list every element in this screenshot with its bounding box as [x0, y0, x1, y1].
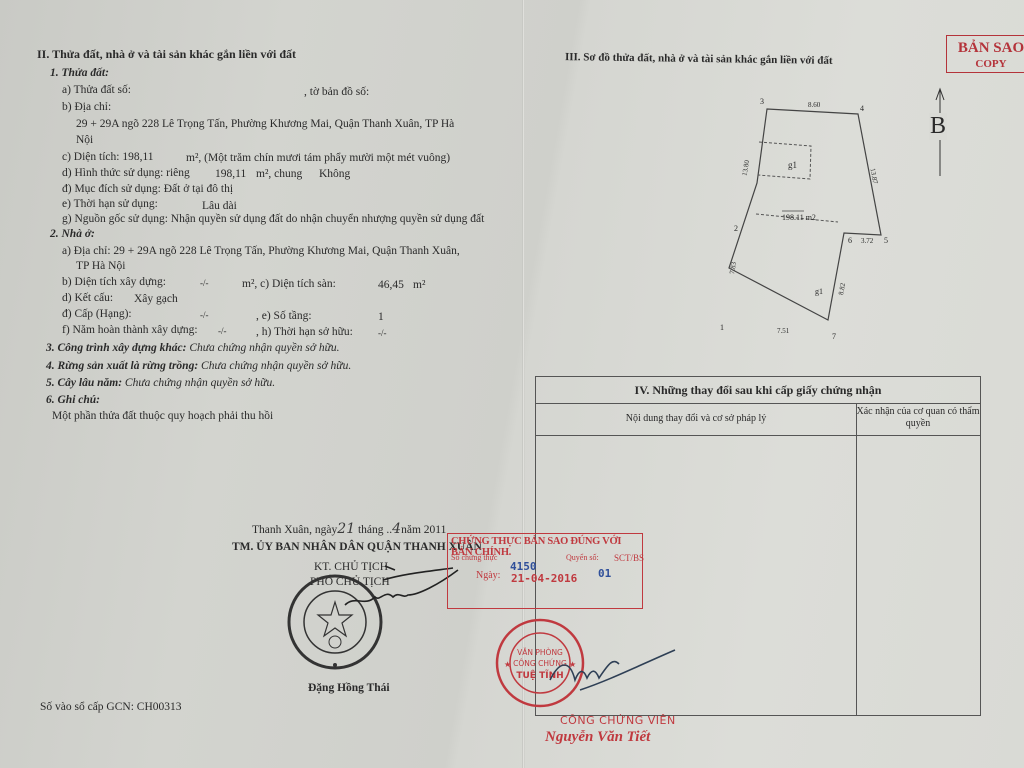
address-line1: 29 + 29A ngõ 228 Lê Trọng Tấn, Phường Kh… — [76, 117, 454, 131]
certified-copy-stamp: CHỨNG THỰC BẢN SAO ĐÚNG VỚI BẢN CHÍNH. S… — [447, 533, 643, 609]
cert-number-label: Số chứng thực — [451, 553, 497, 562]
build-area-label: b) Diện tích xây dựng: — [62, 275, 166, 289]
edge-5-6: 3.72 — [861, 237, 873, 245]
building-label-upper: g1 — [788, 160, 797, 170]
term-value: Lâu dài — [202, 199, 237, 213]
cert-date: 21-04-2016 — [511, 572, 577, 585]
notary-signature-icon — [540, 640, 680, 700]
production-forest-heading: 4. Rừng sản xuất là rừng trồng: — [46, 360, 198, 372]
notary-title: CÔNG CHỨNG VIÊN — [560, 714, 676, 727]
usage-shared-value: Không — [319, 167, 350, 181]
usage-private-value: 198,11 — [215, 167, 246, 181]
area-words: m², (Một trăm chín mươi tám phẩy mười mộ… — [186, 151, 450, 165]
floor-area-unit: m² — [413, 278, 425, 292]
year-label: năm 2011 — [401, 524, 446, 536]
address-label: b) Địa chỉ: — [62, 100, 111, 114]
map-sheet-label: , tờ bản đồ số: — [304, 85, 369, 99]
col-changes-content: Nội dung thay đổi và cơ sở pháp lý — [536, 403, 856, 435]
registry-number: Số vào sổ cấp GCN: CH00313 — [40, 700, 182, 714]
notes-heading: 6. Ghi chú: — [46, 393, 100, 407]
perennial-trees-value: Chưa chứng nhận quyền sở hữu. — [125, 377, 275, 389]
land-heading: 1. Thửa đất: — [50, 66, 109, 80]
point-7: 7 — [832, 332, 836, 341]
column-divider — [856, 403, 857, 715]
structure-value: Xây gạch — [134, 292, 178, 306]
signing-month: 4 — [392, 521, 401, 537]
origin: g) Nguồn gốc sử dụng: Nhận quyền sử dụng… — [62, 212, 484, 226]
floors-label: , e) Số tầng: — [256, 309, 312, 323]
col-authority-confirmation: Xác nhận của cơ quan có thẩm quyền — [856, 406, 980, 430]
section-ii-title: II. Thửa đất, nhà ở và tài sản khác gắn … — [37, 47, 296, 62]
address-line2: Nội — [76, 133, 93, 147]
ownership-term-value: -/- — [378, 326, 387, 340]
house-address-line2: TP Hà Nội — [76, 259, 125, 273]
point-5: 5 — [884, 236, 888, 245]
copy-stamp: BẢN SAO COPY — [946, 35, 1024, 73]
area-label: 198.11 m2 — [782, 213, 816, 222]
cert-book-suffix: SCT/BS — [614, 553, 644, 563]
edge-7-1: 7.51 — [777, 327, 789, 335]
notary-name: Nguyễn Văn Tiết — [545, 729, 650, 746]
house-heading: 2. Nhà ở: — [50, 227, 95, 241]
area-label: c) Diện tích: 198,11 — [62, 150, 154, 164]
floor-area-value: 46,45 — [378, 278, 404, 292]
other-construction-value: Chưa chứng nhận quyền sở hữu. — [189, 342, 339, 354]
usage-form-label: d) Hình thức sử dụng: riêng — [62, 166, 190, 180]
edge-3-4: 8.60 — [808, 101, 820, 109]
parcel-no-label: a) Thửa đất số: — [62, 83, 131, 97]
point-4: 4 — [860, 104, 864, 113]
point-2: 2 — [734, 224, 738, 233]
year-value: -/- — [218, 324, 227, 338]
month-label: tháng — [358, 524, 384, 536]
changes-table-header: Nội dung thay đổi và cơ sở pháp lý Xác n… — [536, 403, 980, 436]
year-label: f) Năm hoàn thành xây dựng: — [62, 323, 198, 337]
cert-book-label: Quyển số: — [566, 553, 599, 562]
house-address-line1: a) Địa chỉ: 29 + 29A ngõ 228 Lê Trọng Tấ… — [62, 244, 460, 258]
term-label: e) Thời hạn sử dụng: — [62, 197, 158, 211]
point-6: 6 — [848, 236, 852, 245]
production-forest: 4. Rừng sản xuất là rừng trồng: Chưa chứ… — [46, 359, 351, 373]
cert-book-number: 01 — [598, 567, 611, 580]
floors-value: 1 — [378, 310, 384, 324]
copy-stamp-line2: COPY — [947, 58, 1024, 70]
north-label: B — [929, 113, 947, 140]
authority: TM. ỦY BAN NHÂN DÂN QUẬN THANH XUÂN — [232, 540, 482, 554]
svg-text:★: ★ — [504, 660, 511, 669]
signing-day: 21 — [337, 521, 355, 537]
signer-name: Đặng Hồng Thái — [308, 681, 390, 695]
perennial-trees-heading: 5. Cây lâu năm: — [46, 377, 122, 389]
notes-value: Một phần thửa đất thuộc quy hoạch phải t… — [52, 409, 273, 423]
purpose: đ) Mục đích sử dụng: Đất ở tại đô thị — [62, 182, 233, 196]
changes-table-title: IV. Những thay đổi sau khi cấp giấy chứn… — [536, 377, 980, 404]
build-area-value: -/- — [200, 276, 209, 290]
section-iii-title: III. Sơ đồ thửa đất, nhà ở và tài sản kh… — [565, 51, 833, 67]
structure-label: d) Kết cấu: — [62, 291, 113, 305]
copy-stamp-line1: BẢN SAO — [947, 38, 1024, 58]
signature-icon — [335, 560, 465, 620]
other-construction: 3. Công trình xây dựng khác: Chưa chứng … — [46, 341, 340, 355]
building-label-lower: g1 — [815, 287, 823, 296]
point-3: 3 — [760, 97, 764, 106]
floor-area-label: m², c) Diện tích sàn: — [242, 277, 336, 291]
building-g1-upper — [758, 142, 811, 179]
perennial-trees: 5. Cây lâu năm: Chưa chứng nhận quyền sở… — [46, 376, 275, 390]
usage-shared-label: m², chung — [256, 167, 302, 181]
production-forest-value: Chưa chứng nhận quyền sở hữu. — [201, 360, 351, 372]
grade-value: -/- — [200, 308, 209, 322]
place-date-prefix: Thanh Xuân, ngày — [252, 524, 337, 536]
grade-label: đ) Cấp (Hạng): — [62, 307, 132, 321]
point-1: 1 — [720, 323, 724, 332]
signing-date: Thanh Xuân, ngày21 tháng ..4năm 2011 — [252, 522, 446, 537]
ownership-term-label: , h) Thời hạn sở hữu: — [256, 325, 353, 339]
other-construction-heading: 3. Công trình xây dựng khác: — [46, 342, 186, 354]
cert-date-label: Ngày: — [476, 570, 500, 581]
